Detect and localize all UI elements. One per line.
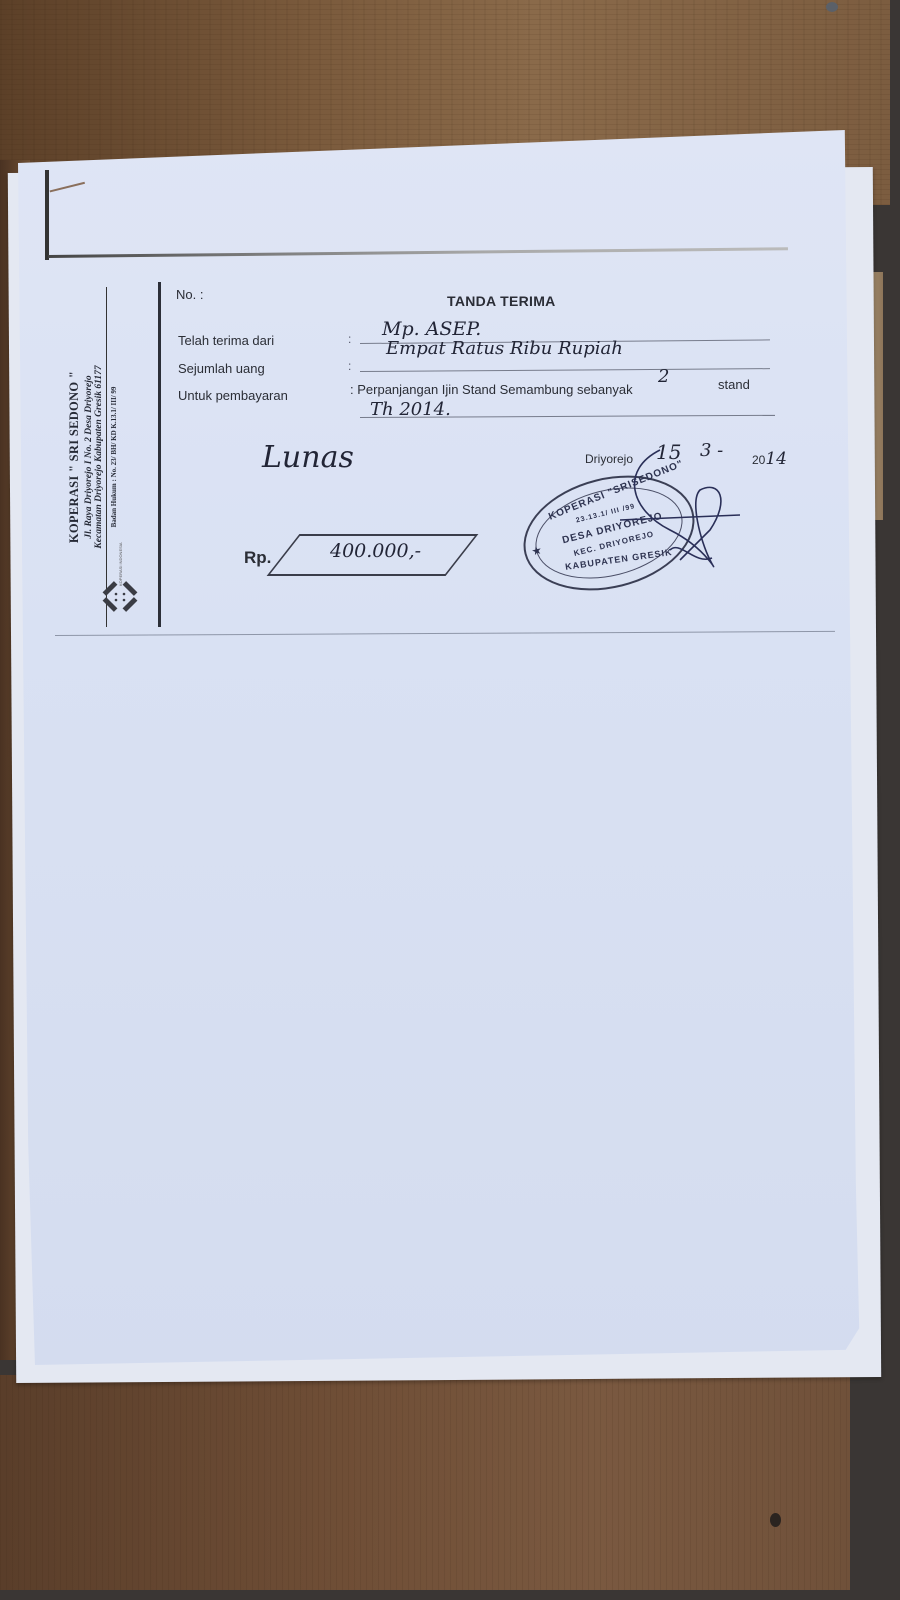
logo-caption: KOPERASI INDONESIA — [118, 542, 123, 586]
year-suffix: 14 — [765, 449, 787, 469]
payment-for-text: Perpanjangan Ijin Stand Semambung sebany… — [357, 382, 632, 397]
document-title: TANDA TERIMA — [447, 293, 556, 309]
stand-unit: stand — [718, 377, 750, 392]
received-from-value: Mp. ASEP. — [382, 318, 481, 340]
stand-quantity: 2 — [658, 366, 669, 387]
amount-value: 400.000,- — [330, 540, 421, 562]
nail-hole-icon — [770, 1513, 781, 1527]
colon: : — [348, 359, 351, 373]
payment-for-prefix: : Perpanjangan Ijin Stand Semambung seba… — [350, 382, 633, 397]
signature-scribble — [600, 440, 760, 590]
signature-note: Lunas — [262, 440, 354, 475]
issuer-address-1: Jl. Raya Driyorejo I No. 2 Desa Driyorej… — [84, 287, 94, 627]
field-label-amount-words: Sejumlah uang — [178, 361, 265, 376]
field-label-payment-for: Untuk pembayaran — [178, 388, 288, 403]
field-label-received-from: Telah terima dari — [178, 333, 274, 348]
amount-label: Rp. — [244, 548, 271, 568]
nail-icon — [826, 2, 838, 12]
issuer-name: KOPERASI " SRI SEDONO " — [67, 287, 82, 627]
binding-line — [45, 170, 49, 260]
amount-words-value: Empat Ratus Ribu Rupiah — [386, 338, 623, 359]
number-label: No. : — [176, 287, 203, 302]
colon: : — [348, 332, 351, 346]
letterhead-divider — [158, 282, 161, 627]
wood-plank-bottom — [0, 1375, 850, 1590]
